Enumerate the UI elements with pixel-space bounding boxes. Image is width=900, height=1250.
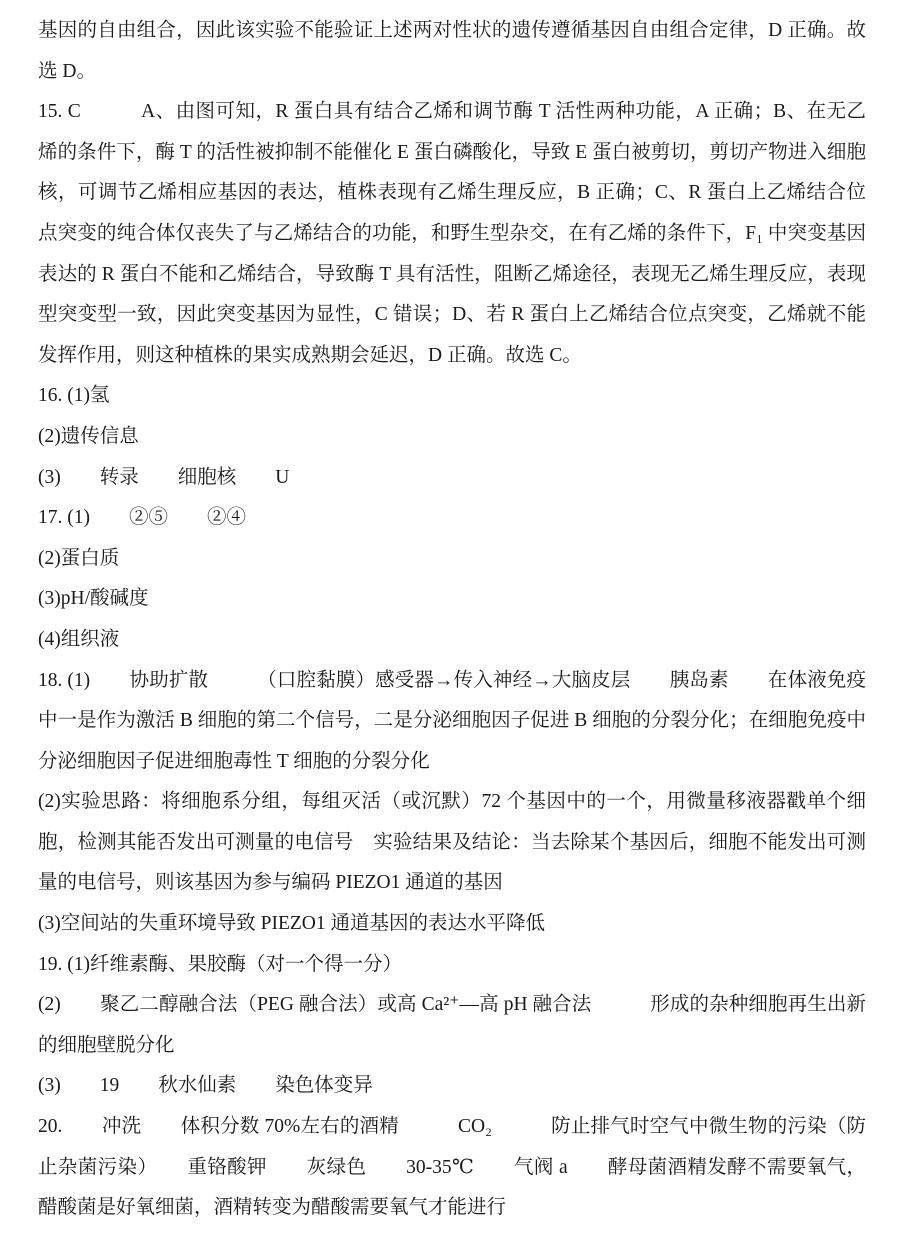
answer-18-part3: (3)空间站的失重环境导致 PIEZO1 通道基因的表达水平降低	[38, 904, 866, 945]
answer-18-part2: (2)实验思路：将细胞系分组，每组灭活（或沉默）72 个基因中的一个，用微量移液…	[38, 782, 866, 904]
answer-17-part4: (4)组织液	[38, 620, 866, 661]
answer-18-part1: 18. (1) 协助扩散 （口腔黏膜）感受器→传入神经→大脑皮层 胰岛素 在体液…	[38, 661, 866, 783]
answer-19-part3: (3) 19 秋水仙素 染色体变异	[38, 1066, 866, 1107]
answer-17-part3: (3)pH/酸碱度	[38, 579, 866, 620]
answer-15: 15. C A、由图可知，R 蛋白具有结合乙烯和调节酶 T 活性两种功能，A 正…	[38, 92, 866, 376]
answer-16-part3: (3) 转录 细胞核 U	[38, 458, 866, 499]
answer-17-part2: (2)蛋白质	[38, 539, 866, 580]
answer-16-part1: 16. (1)氢	[38, 376, 866, 417]
answer-19-part1: 19. (1)纤维素酶、果胶酶（对一个得一分）	[38, 945, 866, 986]
answer-16-part2: (2)遗传信息	[38, 417, 866, 458]
answer-20: 20. 冲洗 体积分数 70%左右的酒精 CO₂ 防止排气时空气中微生物的污染（…	[38, 1107, 866, 1229]
answer-17-part1: 17. (1) ②⑤ ②④	[38, 498, 866, 539]
answer-19-part2: (2) 聚乙二醇融合法（PEG 融合法）或高 Ca²⁺—高 pH 融合法 形成的…	[38, 985, 866, 1066]
continuation-paragraph-q14: 基因的自由组合，因此该实验不能验证上述两对性状的遗传遵循基因自由组合定律，D 正…	[38, 11, 866, 92]
answer-key-page: 基因的自由组合，因此该实验不能验证上述两对性状的遗传遵循基因自由组合定律，D 正…	[0, 0, 900, 1250]
